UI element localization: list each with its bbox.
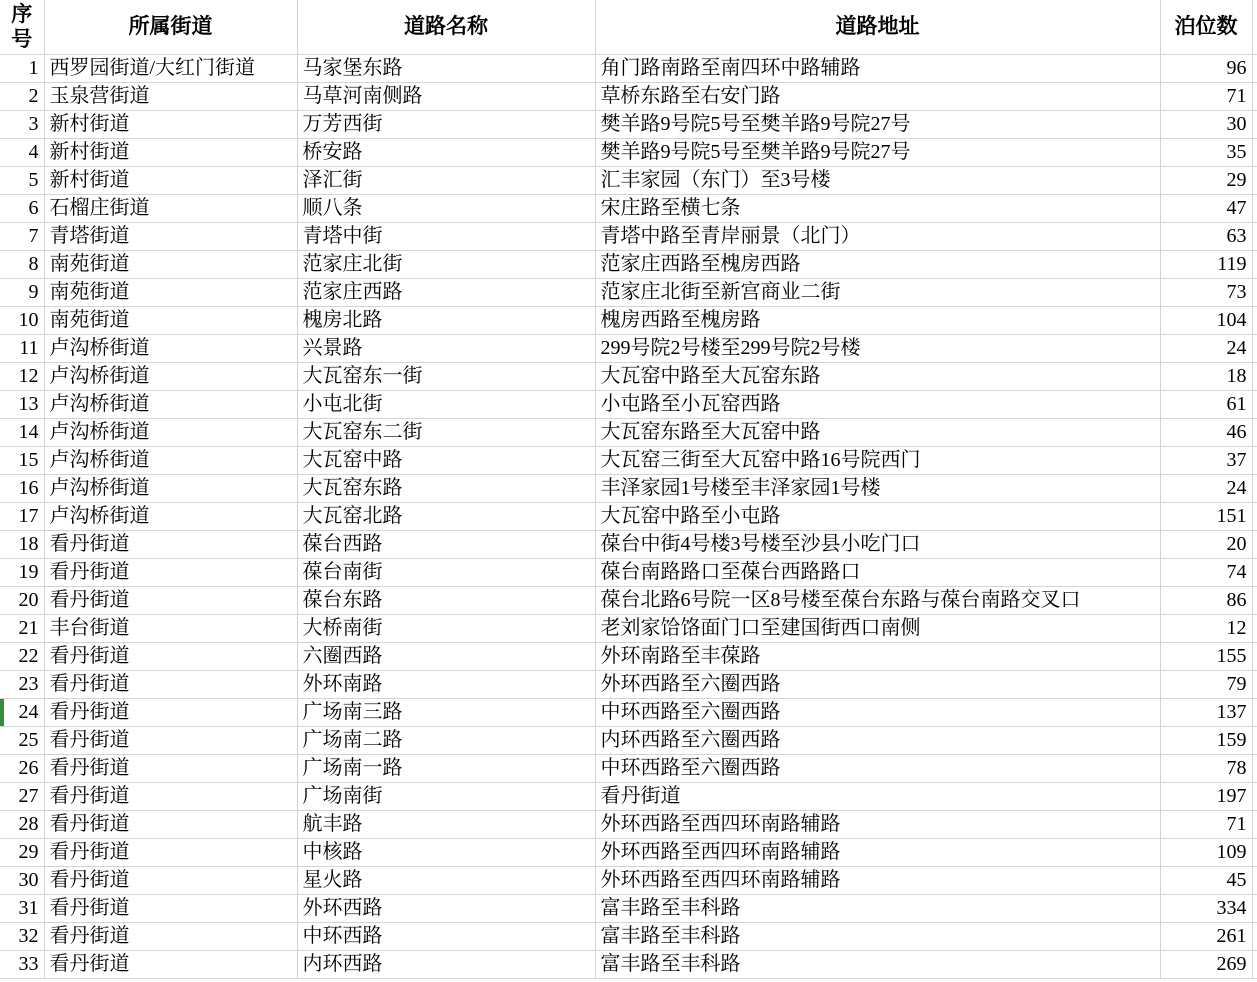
cell-filler: [1252, 82, 1257, 110]
cell-road-address[interactable]: 老刘家饸饹面门口至建国街西口南侧: [595, 614, 1160, 642]
cell-filler: [1252, 166, 1257, 194]
cell-berth-count[interactable]: 159: [1160, 726, 1252, 754]
cell-serial-number[interactable]: 8: [0, 250, 44, 278]
table-row: 26 看丹街道 广场南一路 中环西路至六圈西路 78: [0, 754, 1257, 782]
active-row-marker-icon: [0, 699, 4, 726]
table-header-row: 序号 所属街道 道路名称 道路地址 泊位数: [0, 0, 1257, 54]
cell-road-address[interactable]: 大瓦窑中路至小屯路: [595, 502, 1160, 530]
cell-street[interactable]: 青塔街道: [44, 222, 297, 250]
cell-serial-number[interactable]: 25: [0, 726, 44, 754]
cell-road-name[interactable]: 桥安路: [297, 138, 595, 166]
cell-berth-count[interactable]: 61: [1160, 390, 1252, 418]
cell-road-name[interactable]: 星火路: [297, 866, 595, 894]
cell-serial-number[interactable]: 11: [0, 334, 44, 362]
cell-berth-count[interactable]: 12: [1160, 614, 1252, 642]
cell-street[interactable]: 看丹街道: [44, 530, 297, 558]
cell-filler: [1252, 194, 1257, 222]
cell-serial-number[interactable]: 6: [0, 194, 44, 222]
cell-road-name[interactable]: 葆台东路: [297, 586, 595, 614]
table-row: 16 卢沟桥街道 大瓦窑东路 丰泽家园1号楼至丰泽家园1号楼 24: [0, 474, 1257, 502]
cell-serial-number[interactable]: 10: [0, 306, 44, 334]
cell-road-address[interactable]: 富丰路至丰科路: [595, 922, 1160, 950]
cell-road-name[interactable]: 六圈西路: [297, 642, 595, 670]
cell-filler: [1252, 726, 1257, 754]
cell-filler: [1252, 110, 1257, 138]
cell-berth-count[interactable]: 71: [1160, 810, 1252, 838]
cell-berth-count[interactable]: 151: [1160, 502, 1252, 530]
cell-road-address[interactable]: 富丰路至丰科路: [595, 950, 1160, 978]
cell-road-address[interactable]: 外环南路至丰葆路: [595, 642, 1160, 670]
cell-road-address[interactable]: 外环西路至西四环南路辅路: [595, 866, 1160, 894]
cell-road-address[interactable]: 丰泽家园1号楼至丰泽家园1号楼: [595, 474, 1160, 502]
parking-berth-table: 序号 所属街道 道路名称 道路地址 泊位数 1 西罗园街道/大红门街道 马家堡东…: [0, 0, 1257, 979]
cell-road-address[interactable]: 范家庄西路至槐房西路: [595, 250, 1160, 278]
cell-road-address[interactable]: 外环西路至西四环南路辅路: [595, 810, 1160, 838]
cell-serial-number[interactable]: 27: [0, 782, 44, 810]
cell-berth-count[interactable]: 109: [1160, 838, 1252, 866]
cell-filler: [1252, 866, 1257, 894]
table-row: 18 看丹街道 葆台西路 葆台中街4号楼3号楼至沙县小吃门口 20: [0, 530, 1257, 558]
cell-serial-number[interactable]: 31: [0, 894, 44, 922]
cell-road-name[interactable]: 外环西路: [297, 894, 595, 922]
table-row: 24 看丹街道 广场南三路 中环西路至六圈西路 137: [0, 698, 1257, 726]
cell-street[interactable]: 看丹街道: [44, 586, 297, 614]
cell-street[interactable]: 看丹街道: [44, 754, 297, 782]
cell-berth-count[interactable]: 334: [1160, 894, 1252, 922]
cell-berth-count[interactable]: 20: [1160, 530, 1252, 558]
table-row: 23 看丹街道 外环南路 外环西路至六圈西路 79: [0, 670, 1257, 698]
cell-serial-number[interactable]: 20: [0, 586, 44, 614]
cell-filler: [1252, 446, 1257, 474]
cell-berth-count[interactable]: 269: [1160, 950, 1252, 978]
cell-berth-count[interactable]: 29: [1160, 166, 1252, 194]
table-row: 25 看丹街道 广场南二路 内环西路至六圈西路 159: [0, 726, 1257, 754]
cell-road-address[interactable]: 葆台北路6号院一区8号楼至葆台东路与葆台南路交叉口: [595, 586, 1160, 614]
cell-berth-count[interactable]: 155: [1160, 642, 1252, 670]
cell-road-name[interactable]: 大瓦窑中路: [297, 446, 595, 474]
cell-road-address[interactable]: 大瓦窑三街至大瓦窑中路16号院西门: [595, 446, 1160, 474]
cell-serial-number[interactable]: 32: [0, 922, 44, 950]
table-row: 6 石榴庄街道 顺八条 宋庄路至横七条 47: [0, 194, 1257, 222]
cell-street[interactable]: 看丹街道: [44, 698, 297, 726]
cell-berth-count[interactable]: 104: [1160, 306, 1252, 334]
cell-street[interactable]: 卢沟桥街道: [44, 390, 297, 418]
cell-road-name[interactable]: 范家庄北街: [297, 250, 595, 278]
cell-serial-number[interactable]: 4: [0, 138, 44, 166]
cell-filler: [1252, 138, 1257, 166]
cell-road-name[interactable]: 万芳西街: [297, 110, 595, 138]
cell-road-address[interactable]: 外环西路至六圈西路: [595, 670, 1160, 698]
cell-road-name[interactable]: 马家堡东路: [297, 54, 595, 82]
table-row: 33 看丹街道 内环西路 富丰路至丰科路 269: [0, 950, 1257, 978]
cell-filler: [1252, 222, 1257, 250]
cell-street[interactable]: 看丹街道: [44, 838, 297, 866]
cell-berth-count[interactable]: 24: [1160, 474, 1252, 502]
cell-berth-count[interactable]: 45: [1160, 866, 1252, 894]
cell-filler: [1252, 474, 1257, 502]
cell-filler: [1252, 334, 1257, 362]
cell-berth-count[interactable]: 63: [1160, 222, 1252, 250]
cell-berth-count[interactable]: 78: [1160, 754, 1252, 782]
cell-road-address[interactable]: 草桥东路至右安门路: [595, 82, 1160, 110]
header-berth-count[interactable]: 泊位数: [1160, 0, 1252, 54]
spreadsheet-viewport: 序号 所属街道 道路名称 道路地址 泊位数 1 西罗园街道/大红门街道 马家堡东…: [0, 0, 1257, 982]
table-row: 1 西罗园街道/大红门街道 马家堡东路 角门路南路至南四环中路辅路 96: [0, 54, 1257, 82]
cell-road-name[interactable]: 中环西路: [297, 922, 595, 950]
header-road-address[interactable]: 道路地址: [595, 0, 1160, 54]
cell-road-name[interactable]: 马草河南侧路: [297, 82, 595, 110]
cell-road-address[interactable]: 角门路南路至南四环中路辅路: [595, 54, 1160, 82]
cell-filler: [1252, 950, 1257, 978]
cell-street[interactable]: 看丹街道: [44, 558, 297, 586]
cell-serial-number[interactable]: 29: [0, 838, 44, 866]
cell-filler: [1252, 306, 1257, 334]
cell-road-address[interactable]: 槐房西路至槐房路: [595, 306, 1160, 334]
cell-filler: [1252, 502, 1257, 530]
cell-serial-number[interactable]: 26: [0, 754, 44, 782]
cell-filler: [1252, 670, 1257, 698]
table-row: 8 南苑街道 范家庄北街 范家庄西路至槐房西路 119: [0, 250, 1257, 278]
cell-road-name[interactable]: 大瓦窑东二街: [297, 418, 595, 446]
cell-street[interactable]: 看丹街道: [44, 894, 297, 922]
cell-berth-count[interactable]: 37: [1160, 446, 1252, 474]
cell-filler: [1252, 698, 1257, 726]
table-row: 11 卢沟桥街道 兴景路 299号院2号楼至299号院2号楼 24: [0, 334, 1257, 362]
cell-filler: [1252, 642, 1257, 670]
cell-serial-number[interactable]: 14: [0, 418, 44, 446]
cell-serial-number[interactable]: 30: [0, 866, 44, 894]
cell-serial-number[interactable]: 12: [0, 362, 44, 390]
cell-road-name[interactable]: 大瓦窑北路: [297, 502, 595, 530]
cell-road-address[interactable]: 外环西路至西四环南路辅路: [595, 838, 1160, 866]
cell-filler: [1252, 278, 1257, 306]
cell-street[interactable]: 玉泉营街道: [44, 82, 297, 110]
table-row: 29 看丹街道 中核路 外环西路至西四环南路辅路 109: [0, 838, 1257, 866]
cell-street[interactable]: 看丹街道: [44, 670, 297, 698]
table-row: 30 看丹街道 星火路 外环西路至西四环南路辅路 45: [0, 866, 1257, 894]
cell-road-name[interactable]: 葆台南街: [297, 558, 595, 586]
cell-street[interactable]: 卢沟桥街道: [44, 446, 297, 474]
cell-filler: [1252, 54, 1257, 82]
cell-road-name[interactable]: 广场南街: [297, 782, 595, 810]
cell-road-name[interactable]: 大桥南街: [297, 614, 595, 642]
table-row: 15 卢沟桥街道 大瓦窑中路 大瓦窑三街至大瓦窑中路16号院西门 37: [0, 446, 1257, 474]
cell-filler: [1252, 362, 1257, 390]
cell-road-name[interactable]: 中核路: [297, 838, 595, 866]
header-street[interactable]: 所属街道: [44, 0, 297, 54]
cell-street[interactable]: 看丹街道: [44, 782, 297, 810]
cell-berth-count[interactable]: 137: [1160, 698, 1252, 726]
cell-street[interactable]: 卢沟桥街道: [44, 502, 297, 530]
cell-road-name[interactable]: 兴景路: [297, 334, 595, 362]
cell-serial-number[interactable]: 1: [0, 54, 44, 82]
table-row: 9 南苑街道 范家庄西路 范家庄北街至新宫商业二街 73: [0, 278, 1257, 306]
cell-road-address[interactable]: 樊羊路9号院5号至樊羊路9号院27号: [595, 110, 1160, 138]
cell-street[interactable]: 西罗园街道/大红门街道: [44, 54, 297, 82]
header-road-name[interactable]: 道路名称: [297, 0, 595, 54]
cell-filler: [1252, 894, 1257, 922]
cell-road-address[interactable]: 内环西路至六圈西路: [595, 726, 1160, 754]
table-row: 3 新村街道 万芳西街 樊羊路9号院5号至樊羊路9号院27号 30: [0, 110, 1257, 138]
cell-berth-count[interactable]: 46: [1160, 418, 1252, 446]
cell-road-address[interactable]: 中环西路至六圈西路: [595, 698, 1160, 726]
cell-filler: [1252, 530, 1257, 558]
table-row: 12 卢沟桥街道 大瓦窑东一街 大瓦窑中路至大瓦窑东路 18: [0, 362, 1257, 390]
table-body: 1 西罗园街道/大红门街道 马家堡东路 角门路南路至南四环中路辅路 96 2 玉…: [0, 54, 1257, 978]
cell-road-name[interactable]: 葆台西路: [297, 530, 595, 558]
cell-street[interactable]: 卢沟桥街道: [44, 362, 297, 390]
cell-road-address[interactable]: 大瓦窑中路至大瓦窑东路: [595, 362, 1160, 390]
cell-filler: [1252, 810, 1257, 838]
cell-road-name[interactable]: 小屯北街: [297, 390, 595, 418]
cell-serial-number[interactable]: 15: [0, 446, 44, 474]
cell-road-address[interactable]: 小屯路至小瓦窑西路: [595, 390, 1160, 418]
cell-road-name[interactable]: 广场南二路: [297, 726, 595, 754]
table-row: 31 看丹街道 外环西路 富丰路至丰科路 334: [0, 894, 1257, 922]
cell-street[interactable]: 卢沟桥街道: [44, 334, 297, 362]
cell-road-address[interactable]: 看丹街道: [595, 782, 1160, 810]
cell-berth-count[interactable]: 261: [1160, 922, 1252, 950]
cell-road-name[interactable]: 顺八条: [297, 194, 595, 222]
header-serial-number[interactable]: 序号: [0, 0, 44, 54]
cell-street[interactable]: 看丹街道: [44, 726, 297, 754]
cell-road-address[interactable]: 汇丰家园（东门）至3号楼: [595, 166, 1160, 194]
cell-street[interactable]: 看丹街道: [44, 922, 297, 950]
table-row: 13 卢沟桥街道 小屯北街 小屯路至小瓦窑西路 61: [0, 390, 1257, 418]
cell-serial-number[interactable]: 17: [0, 502, 44, 530]
cell-road-name[interactable]: 外环南路: [297, 670, 595, 698]
table-row: 14 卢沟桥街道 大瓦窑东二街 大瓦窑东路至大瓦窑中路 46: [0, 418, 1257, 446]
table-row: 7 青塔街道 青塔中街 青塔中路至青岸丽景（北门） 63: [0, 222, 1257, 250]
cell-filler: [1252, 614, 1257, 642]
cell-street[interactable]: 南苑街道: [44, 278, 297, 306]
cell-road-address[interactable]: 樊羊路9号院5号至樊羊路9号院27号: [595, 138, 1160, 166]
cell-serial-number[interactable]: 22: [0, 642, 44, 670]
cell-street[interactable]: 丰台街道: [44, 614, 297, 642]
table-row: 28 看丹街道 航丰路 外环西路至西四环南路辅路 71: [0, 810, 1257, 838]
cell-street[interactable]: 卢沟桥街道: [44, 474, 297, 502]
cell-serial-number[interactable]: 16: [0, 474, 44, 502]
cell-road-address[interactable]: 葆台南路路口至葆台西路路口: [595, 558, 1160, 586]
cell-street[interactable]: 看丹街道: [44, 642, 297, 670]
cell-street[interactable]: 南苑街道: [44, 306, 297, 334]
cell-street[interactable]: 看丹街道: [44, 950, 297, 978]
cell-filler: [1252, 754, 1257, 782]
cell-filler: [1252, 390, 1257, 418]
cell-street[interactable]: 石榴庄街道: [44, 194, 297, 222]
cell-filler: [1252, 418, 1257, 446]
table-row: 21 丰台街道 大桥南街 老刘家饸饹面门口至建国街西口南侧 12: [0, 614, 1257, 642]
cell-road-address[interactable]: 中环西路至六圈西路: [595, 754, 1160, 782]
cell-serial-number[interactable]: 3: [0, 110, 44, 138]
cell-berth-count[interactable]: 119: [1160, 250, 1252, 278]
cell-berth-count[interactable]: 24: [1160, 334, 1252, 362]
cell-road-name[interactable]: 泽汇街: [297, 166, 595, 194]
cell-serial-number[interactable]: 24: [0, 698, 44, 726]
cell-street[interactable]: 看丹街道: [44, 866, 297, 894]
cell-serial-number[interactable]: 9: [0, 278, 44, 306]
cell-road-name[interactable]: 大瓦窑东路: [297, 474, 595, 502]
cell-serial-number[interactable]: 7: [0, 222, 44, 250]
cell-serial-number[interactable]: 21: [0, 614, 44, 642]
cell-berth-count[interactable]: 79: [1160, 670, 1252, 698]
cell-serial-number[interactable]: 28: [0, 810, 44, 838]
table-row: 17 卢沟桥街道 大瓦窑北路 大瓦窑中路至小屯路 151: [0, 502, 1257, 530]
cell-road-name[interactable]: 广场南一路: [297, 754, 595, 782]
cell-road-address[interactable]: 富丰路至丰科路: [595, 894, 1160, 922]
cell-serial-number[interactable]: 33: [0, 950, 44, 978]
cell-road-name[interactable]: 大瓦窑东一街: [297, 362, 595, 390]
cell-street[interactable]: 看丹街道: [44, 810, 297, 838]
cell-road-name[interactable]: 范家庄西路: [297, 278, 595, 306]
cell-serial-number[interactable]: 13: [0, 390, 44, 418]
cell-road-address[interactable]: 青塔中路至青岸丽景（北门）: [595, 222, 1160, 250]
cell-road-name[interactable]: 青塔中街: [297, 222, 595, 250]
cell-berth-count[interactable]: 73: [1160, 278, 1252, 306]
cell-road-name[interactable]: 内环西路: [297, 950, 595, 978]
cell-filler: [1252, 558, 1257, 586]
cell-berth-count[interactable]: 86: [1160, 586, 1252, 614]
cell-berth-count[interactable]: 18: [1160, 362, 1252, 390]
table-row: 4 新村街道 桥安路 樊羊路9号院5号至樊羊路9号院27号 35: [0, 138, 1257, 166]
cell-road-address[interactable]: 宋庄路至横七条: [595, 194, 1160, 222]
cell-road-address[interactable]: 大瓦窑东路至大瓦窑中路: [595, 418, 1160, 446]
cell-berth-count[interactable]: 71: [1160, 82, 1252, 110]
table-row: 10 南苑街道 槐房北路 槐房西路至槐房路 104: [0, 306, 1257, 334]
table-row: 32 看丹街道 中环西路 富丰路至丰科路 261: [0, 922, 1257, 950]
table-row: 2 玉泉营街道 马草河南侧路 草桥东路至右安门路 71: [0, 82, 1257, 110]
cell-street[interactable]: 新村街道: [44, 166, 297, 194]
cell-road-address[interactable]: 葆台中街4号楼3号楼至沙县小吃门口: [595, 530, 1160, 558]
cell-filler: [1252, 922, 1257, 950]
cell-serial-number[interactable]: 2: [0, 82, 44, 110]
cell-street[interactable]: 新村街道: [44, 138, 297, 166]
cell-road-name[interactable]: 槐房北路: [297, 306, 595, 334]
cell-berth-count[interactable]: 30: [1160, 110, 1252, 138]
cell-serial-number[interactable]: 5: [0, 166, 44, 194]
cell-serial-number[interactable]: 18: [0, 530, 44, 558]
cell-street[interactable]: 卢沟桥街道: [44, 418, 297, 446]
cell-street[interactable]: 新村街道: [44, 110, 297, 138]
cell-road-name[interactable]: 航丰路: [297, 810, 595, 838]
header-filler-cell: [1252, 0, 1257, 54]
cell-street[interactable]: 南苑街道: [44, 250, 297, 278]
table-row: 19 看丹街道 葆台南街 葆台南路路口至葆台西路路口 74: [0, 558, 1257, 586]
cell-filler: [1252, 250, 1257, 278]
cell-road-address[interactable]: 范家庄北街至新宫商业二街: [595, 278, 1160, 306]
cell-serial-number[interactable]: 23: [0, 670, 44, 698]
cell-filler: [1252, 838, 1257, 866]
table-row: 5 新村街道 泽汇街 汇丰家园（东门）至3号楼 29: [0, 166, 1257, 194]
cell-berth-count[interactable]: 96: [1160, 54, 1252, 82]
cell-road-name[interactable]: 广场南三路: [297, 698, 595, 726]
cell-road-address[interactable]: 299号院2号楼至299号院2号楼: [595, 334, 1160, 362]
cell-berth-count[interactable]: 35: [1160, 138, 1252, 166]
table-row: 27 看丹街道 广场南街 看丹街道 197: [0, 782, 1257, 810]
cell-serial-number[interactable]: 19: [0, 558, 44, 586]
table-row: 22 看丹街道 六圈西路 外环南路至丰葆路 155: [0, 642, 1257, 670]
cell-berth-count[interactable]: 197: [1160, 782, 1252, 810]
cell-berth-count[interactable]: 74: [1160, 558, 1252, 586]
cell-filler: [1252, 782, 1257, 810]
cell-berth-count[interactable]: 47: [1160, 194, 1252, 222]
table-row: 20 看丹街道 葆台东路 葆台北路6号院一区8号楼至葆台东路与葆台南路交叉口 8…: [0, 586, 1257, 614]
cell-filler: [1252, 586, 1257, 614]
